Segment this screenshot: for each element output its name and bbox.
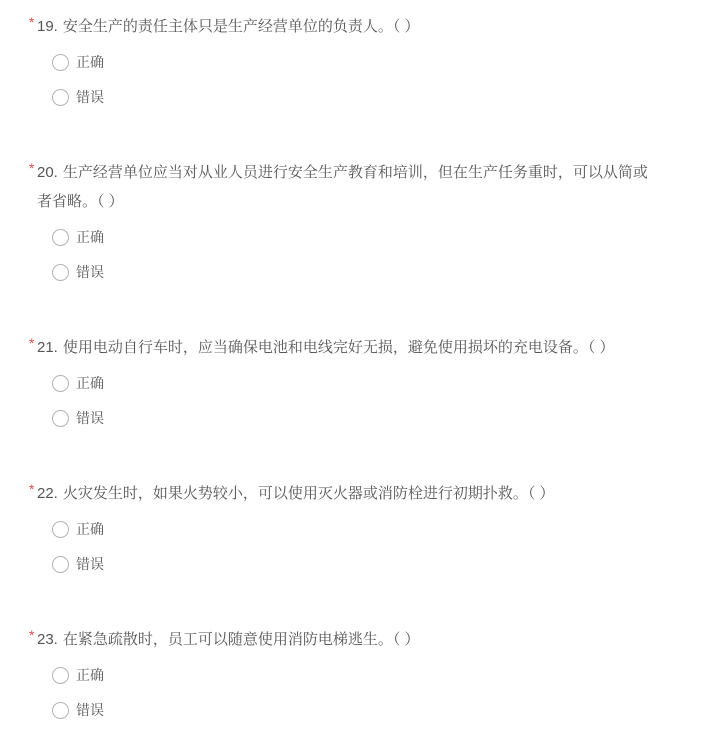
option-label[interactable]: 错误 <box>76 702 104 719</box>
required-asterisk-icon: * <box>29 628 34 642</box>
option-row[interactable]: 正确 <box>52 220 104 255</box>
question-title: *23.在紧急疏散时，员工可以随意使用消防电梯逃生。（ ） <box>37 625 649 654</box>
options-group: 正确 错误 <box>52 512 694 582</box>
question-number: 20. <box>37 164 58 181</box>
question: *19.安全生产的责任主体只是生产经营单位的负责人。（ ） 正确 错误 <box>29 12 694 115</box>
options-group: 正确 错误 <box>52 658 694 728</box>
question-title: *22.火灾发生时，如果火势较小，可以使用灭火器或消防栓进行初期扑救。（ ） <box>37 479 649 508</box>
radio-button-icon[interactable] <box>52 521 69 538</box>
question-title: *21.使用电动自行车时，应当确保电池和电线完好无损，避免使用损坏的充电设备。（… <box>37 333 649 362</box>
option-label[interactable]: 错误 <box>76 410 104 427</box>
option-label[interactable]: 正确 <box>76 229 104 246</box>
question: *21.使用电动自行车时，应当确保电池和电线完好无损，避免使用损坏的充电设备。（… <box>29 333 694 436</box>
option-label[interactable]: 正确 <box>76 521 104 538</box>
question: *22.火灾发生时，如果火势较小，可以使用灭火器或消防栓进行初期扑救。（ ） 正… <box>29 479 694 582</box>
question: *20.生产经营单位应当对从业人员进行安全生产教育和培训，但在生产任务重时，可以… <box>29 158 694 290</box>
option-row[interactable]: 错误 <box>52 401 104 436</box>
option-row[interactable]: 错误 <box>52 80 104 115</box>
required-asterisk-icon: * <box>29 15 34 29</box>
radio-button-icon[interactable] <box>52 702 69 719</box>
options-group: 正确 错误 <box>52 45 694 115</box>
question: *23.在紧急疏散时，员工可以随意使用消防电梯逃生。（ ） 正确 错误 <box>29 625 694 728</box>
question-text: 生产经营单位应当对从业人员进行安全生产教育和培训，但在生产任务重时，可以从简或者… <box>37 164 648 210</box>
question-number: 23. <box>37 631 58 648</box>
question-list: *19.安全生产的责任主体只是生产经营单位的负责人。（ ） 正确 错误 *20.… <box>29 12 694 728</box>
option-row[interactable]: 正确 <box>52 658 104 693</box>
option-row[interactable]: 错误 <box>52 255 104 290</box>
option-label[interactable]: 错误 <box>76 264 104 281</box>
question-text: 安全生产的责任主体只是生产经营单位的负责人。（ ） <box>63 18 420 35</box>
question-text: 火灾发生时，如果火势较小，可以使用灭火器或消防栓进行初期扑救。（ ） <box>63 485 555 502</box>
radio-button-icon[interactable] <box>52 264 69 281</box>
option-row[interactable]: 错误 <box>52 547 104 582</box>
radio-button-icon[interactable] <box>52 229 69 246</box>
option-label[interactable]: 正确 <box>76 667 104 684</box>
options-group: 正确 错误 <box>52 366 694 436</box>
required-asterisk-icon: * <box>29 161 34 175</box>
required-asterisk-icon: * <box>29 336 34 350</box>
option-label[interactable]: 错误 <box>76 89 104 106</box>
question-text: 使用电动自行车时，应当确保电池和电线完好无损，避免使用损坏的充电设备。（ ） <box>63 339 615 356</box>
radio-button-icon[interactable] <box>52 410 69 427</box>
option-row[interactable]: 错误 <box>52 693 104 728</box>
question-number: 19. <box>37 18 58 35</box>
question-number: 21. <box>37 339 58 356</box>
radio-button-icon[interactable] <box>52 89 69 106</box>
option-label[interactable]: 正确 <box>76 54 104 71</box>
question-text: 在紧急疏散时，员工可以随意使用消防电梯逃生。（ ） <box>63 631 420 648</box>
question-title: *20.生产经营单位应当对从业人员进行安全生产教育和培训，但在生产任务重时，可以… <box>37 158 649 216</box>
option-label[interactable]: 错误 <box>76 556 104 573</box>
question-number: 22. <box>37 485 58 502</box>
option-row[interactable]: 正确 <box>52 45 104 80</box>
radio-button-icon[interactable] <box>52 54 69 71</box>
options-group: 正确 错误 <box>52 220 694 290</box>
required-asterisk-icon: * <box>29 482 34 496</box>
radio-button-icon[interactable] <box>52 556 69 573</box>
radio-button-icon[interactable] <box>52 667 69 684</box>
option-row[interactable]: 正确 <box>52 512 104 547</box>
radio-button-icon[interactable] <box>52 375 69 392</box>
option-row[interactable]: 正确 <box>52 366 104 401</box>
question-title: *19.安全生产的责任主体只是生产经营单位的负责人。（ ） <box>37 12 649 41</box>
option-label[interactable]: 正确 <box>76 375 104 392</box>
